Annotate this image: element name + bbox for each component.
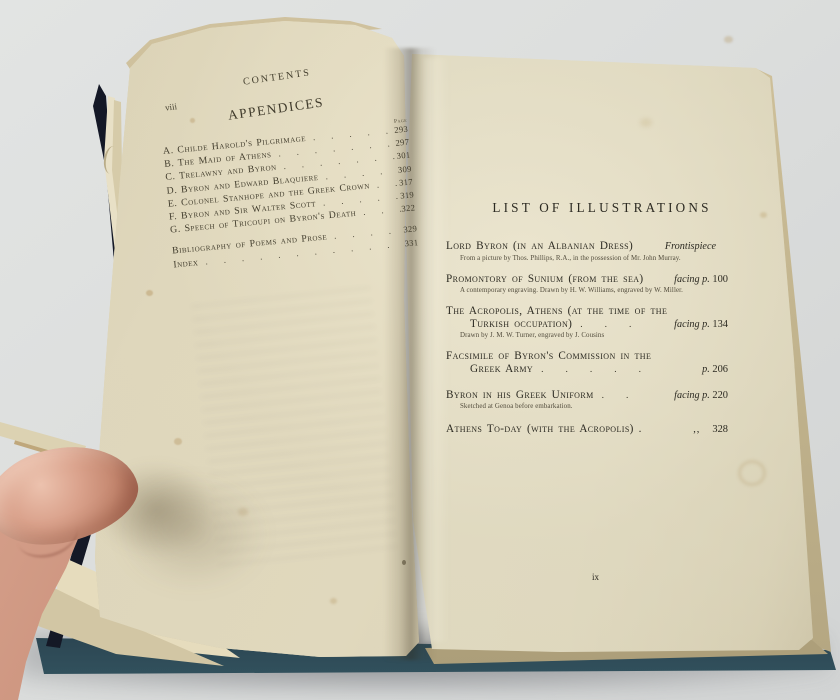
foxing-ring	[738, 460, 766, 486]
entry-text: Athens To-day (with the Acropolis) .	[446, 423, 642, 436]
entry-page-ref: facing p. 134	[674, 319, 728, 332]
entry-text: Promontory of Sunium (from the sea)	[446, 273, 644, 286]
page-title: LIST OF ILLUSTRATIONS	[446, 200, 758, 216]
leader-dots: ............	[369, 177, 399, 190]
leader-dots: .....	[533, 364, 702, 377]
foxing-spot	[760, 212, 767, 218]
entry-caption: Drawn by J. M. W. Turner, engraved by J.…	[460, 332, 758, 340]
toc-page-number: 331	[404, 237, 419, 248]
dust-speck	[402, 560, 406, 565]
illustration-entry: Byron in his Greek Uniform .. facing p. …	[446, 389, 758, 412]
toc-page-number: 319	[400, 189, 415, 200]
entry-page-ref: ,,328	[693, 424, 728, 437]
foxing-spot	[174, 438, 182, 445]
illustration-entry: Lord Byron (in an Albanian Dress) Fronti…	[446, 240, 758, 263]
illustration-entry: Promontory of Sunium (from the sea) faci…	[446, 273, 758, 296]
toc-page-number: 329	[403, 224, 418, 235]
entry-page-ref: facing p. 100	[674, 274, 728, 287]
entry-caption: Sketched at Genoa before embarkation.	[460, 403, 758, 411]
foxing-spot	[330, 598, 337, 604]
entry-text: Lord Byron (in an Albanian Dress)	[446, 240, 633, 253]
toc-item-label: Index	[173, 257, 199, 270]
toc-page-number: 317	[399, 176, 414, 187]
toc-page-number: 297	[395, 137, 410, 148]
illustration-entry: The Acropolis, Athens (at the time of th…	[446, 305, 758, 340]
table-of-contents: Page A. Childe Harold's Pilgrimage......…	[162, 118, 419, 272]
entry-caption: A contemporary engraving. Drawn by H. W.…	[460, 287, 758, 295]
toc-page-number: 301	[396, 150, 411, 161]
foxing-spot	[724, 36, 733, 43]
foxing-spot	[146, 290, 153, 296]
entry-text: Greek Army	[470, 363, 533, 376]
entry-page-ref: p. 206	[702, 364, 728, 377]
entry-text: Facsimile of Byron's Commission in the	[446, 350, 651, 363]
entry-page-ref: facing p. 220	[674, 390, 728, 403]
leader-dots: ...	[572, 319, 674, 332]
entry-text: The Acropolis, Athens (at the time of th…	[446, 305, 667, 318]
illustration-entry: Athens To-day (with the Acropolis) . ,,3…	[446, 423, 758, 437]
right-folio-number: ix	[592, 572, 599, 582]
foxing-spot	[640, 118, 652, 127]
illustration-entry: Facsimile of Byron's Commission in the G…	[446, 350, 758, 376]
toc-page-number: 293	[394, 124, 409, 135]
list-of-illustrations: LIST OF ILLUSTRATIONS Lord Byron (in an …	[446, 200, 758, 447]
entry-text: Byron in his Greek Uniform	[446, 389, 594, 402]
thumb-shadow	[118, 476, 268, 591]
toc-page-number: 309	[397, 163, 412, 174]
entry-page-ref: Frontispiece	[665, 241, 728, 254]
left-folio-number: viii	[164, 101, 177, 113]
entry-caption: From a picture by Thos. Phillips, R.A., …	[460, 255, 758, 263]
leader-dots: ..	[594, 390, 675, 403]
entry-text: Turkish occupation)	[470, 318, 572, 331]
toc-page-number: 322	[401, 202, 416, 213]
